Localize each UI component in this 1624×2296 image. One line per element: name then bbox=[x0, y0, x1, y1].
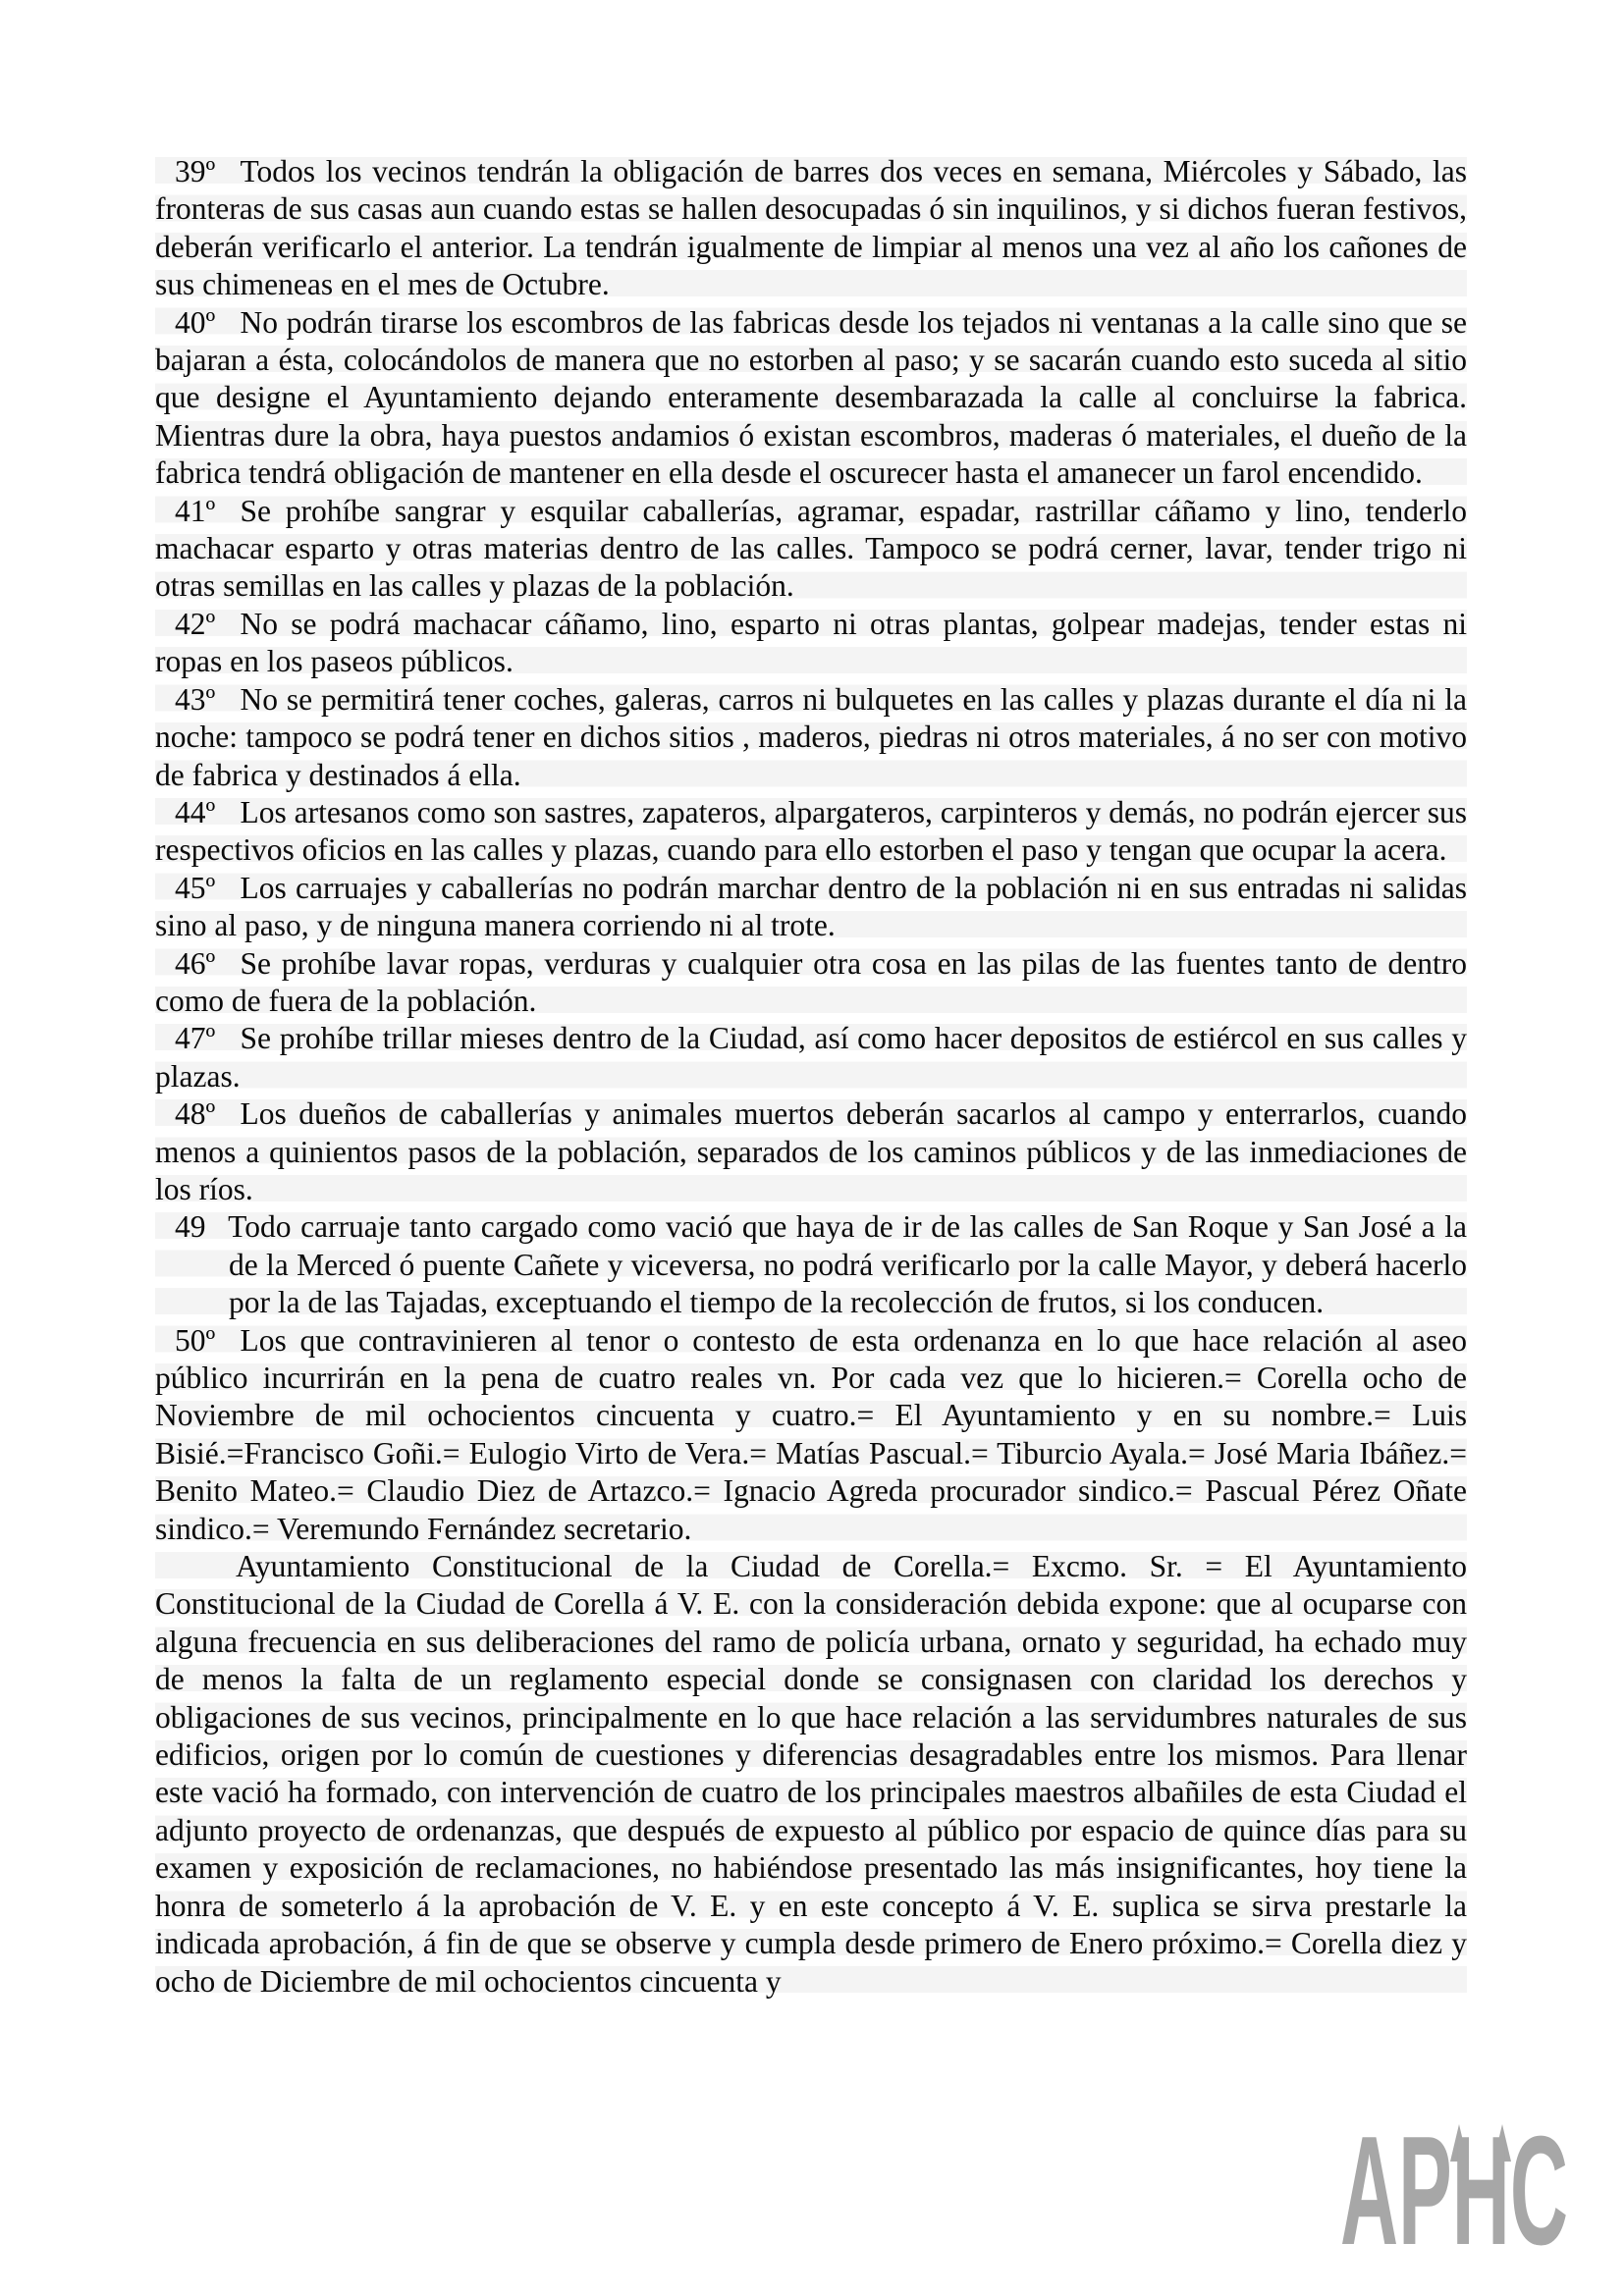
paragraph-text: Se prohíbe sangrar y esquilar caballería… bbox=[155, 494, 1467, 604]
ordinance-paragraph-40: 40ºNo podrán tirarse los escombros de la… bbox=[155, 304, 1467, 493]
paragraph-text: Todo carruaje tanto cargado como vació q… bbox=[228, 1209, 1467, 1319]
paragraph-text: Los carruajes y caballerías no podrán ma… bbox=[155, 871, 1467, 942]
ordinance-paragraph-42: 42ºNo se podrá machacar cáñamo, lino, es… bbox=[155, 606, 1467, 681]
paragraph-text: Se prohíbe trillar mieses dentro de la C… bbox=[155, 1021, 1467, 1093]
paragraph-text: Ayuntamiento Constitucional de la Ciudad… bbox=[155, 1549, 1467, 1998]
paragraph-number: 44º bbox=[175, 795, 215, 829]
paragraph-number: 41º bbox=[175, 494, 215, 528]
ordinance-paragraph-44: 44ºLos artesanos como son sastres, zapat… bbox=[155, 794, 1467, 870]
paragraph-number: 46º bbox=[175, 946, 215, 981]
ordinance-paragraph-49: 49Todo carruaje tanto cargado como vació… bbox=[155, 1208, 1467, 1321]
paragraph-number: 42º bbox=[175, 607, 215, 641]
ordinance-paragraph-39: 39ºTodos los vecinos tendrán la obligaci… bbox=[155, 153, 1467, 304]
paragraph-text: Se prohíbe lavar ropas, verduras y cualq… bbox=[155, 946, 1467, 1018]
ordinance-paragraph-41: 41ºSe prohíbe sangrar y esquilar caballe… bbox=[155, 493, 1467, 606]
paragraph-text: Todos los vecinos tendrán la obligación … bbox=[155, 154, 1467, 301]
ordinance-paragraph-45: 45ºLos carruajes y caballerías no podrán… bbox=[155, 870, 1467, 945]
paragraph-number: 50º bbox=[175, 1323, 215, 1358]
paragraph-number: 40º bbox=[175, 305, 215, 340]
paragraph-number: 45º bbox=[175, 871, 215, 905]
ordinance-text-block: 39ºTodos los vecinos tendrán la obligaci… bbox=[155, 153, 1467, 2001]
ordinance-paragraph-48: 48ºLos dueños de caballerías y animales … bbox=[155, 1095, 1467, 1208]
paragraph-text: No podrán tirarse los escombros de las f… bbox=[155, 305, 1467, 491]
document-page: 39ºTodos los vecinos tendrán la obligaci… bbox=[0, 0, 1624, 2296]
closing-petition-paragraph: Ayuntamiento Constitucional de la Ciudad… bbox=[155, 1548, 1467, 2001]
paragraph-number: 43º bbox=[175, 682, 215, 717]
ordinance-paragraph-43: 43ºNo se permitirá tener coches, galeras… bbox=[155, 681, 1467, 794]
paragraph-text: Los artesanos como son sastres, zapatero… bbox=[155, 795, 1467, 867]
ordinance-paragraph-47: 47ºSe prohíbe trillar mieses dentro de l… bbox=[155, 1020, 1467, 1095]
ordinance-paragraph-50: 50ºLos que contravinieren al tenor o con… bbox=[155, 1322, 1467, 1548]
paragraph-number: 49 bbox=[175, 1209, 206, 1244]
ordinance-paragraph-46: 46ºSe prohíbe lavar ropas, verduras y cu… bbox=[155, 945, 1467, 1021]
paragraph-number: 47º bbox=[175, 1021, 215, 1055]
paragraph-text: No se podrá machacar cáñamo, lino, espar… bbox=[155, 607, 1467, 678]
aphc-watermark: APHC bbox=[1338, 2122, 1574, 2255]
paragraph-text: No se permitirá tener coches, galeras, c… bbox=[155, 682, 1467, 792]
paragraph-number: 39º bbox=[175, 154, 215, 188]
paragraph-text: Los dueños de caballerías y animales mue… bbox=[155, 1096, 1467, 1206]
paragraph-text: Los que contravinieren al tenor o contes… bbox=[155, 1323, 1467, 1546]
watermark-text: APHC bbox=[1340, 2122, 1568, 2255]
paragraph-number: 48º bbox=[175, 1096, 215, 1131]
